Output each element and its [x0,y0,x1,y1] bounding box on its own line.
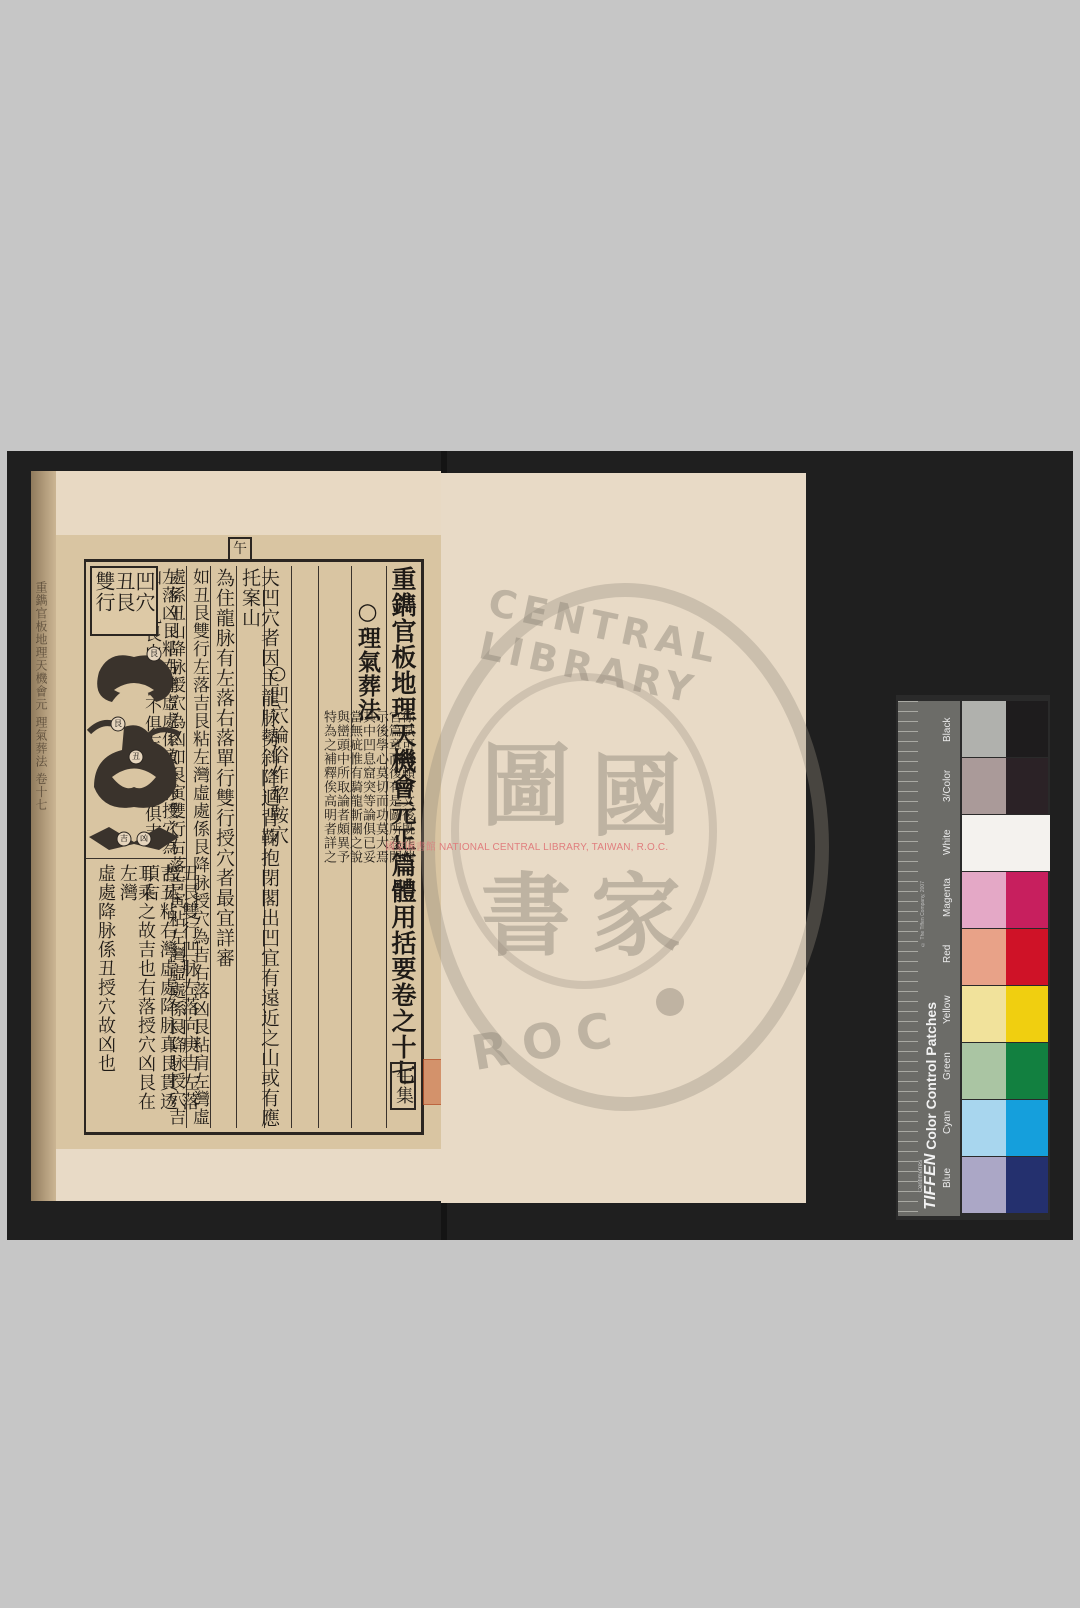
patch-label-cyan: Cyan [942,1097,962,1147]
patch-label-yellow: Yellow [942,985,962,1035]
library-watermark: 國家圖書館 NATIONAL CENTRAL LIBRARY, TAIWAN, … [385,838,668,853]
stamp-glyph: 圖 [481,713,571,843]
column-rule [236,566,237,1128]
patch-label-3color: 3/Color [942,761,962,811]
diagram-mark: 丑 [132,751,140,762]
patch-blue-dark [1006,1157,1048,1213]
diagram-label: 凹穴丑艮雙行 [90,566,158,636]
woodblock-print-area: 午 重鐫官板地理天機會元正篇體用括要卷之十七 ○理氣葬法 徐試可曰賴公文後既作催… [56,535,441,1149]
left-page: 重鐫官板地理天機會元 理氣葬法 卷十七 午 重鐫官板地理天機會元正篇體用括要卷之… [31,471,441,1201]
hill-shapes-icon [84,632,184,857]
patch-red-light [962,929,1006,985]
diagram-mark: 吉 [120,833,128,844]
chart-title: TIFFEN Color Control Patches [922,1002,940,1210]
ruler-ticks [898,701,918,1216]
patch-magenta-light [962,872,1006,928]
stamp-flower-icon [656,988,684,1016]
watermark-chinese: 國家圖書館 [385,842,436,853]
stamp-glyph: 書 [481,843,571,973]
chart-brand: TIFFEN [922,1154,939,1210]
stamp-glyph: 國 [591,723,681,853]
body-column: 耳乘之故吉也右落授穴凶艮在左灣 [118,864,154,1124]
patch-cyan-light [962,1100,1006,1156]
column-rule [210,566,211,1128]
patch-cyan-dark [1006,1100,1048,1156]
patch-label-green: Green [942,1041,962,1091]
patch-black-light [962,701,1006,757]
fish-tail-mark: 午 [228,537,252,561]
patch-label-blue: Blue [942,1153,962,1203]
geomancy-diagram: 艮 艮 丑 吉 凶 [84,632,184,862]
book-spine: 重鐫官板地理天機會元 理氣葬法 卷十七 [31,471,56,1201]
watermark-english: NATIONAL CENTRAL LIBRARY, TAIWAN, R.O.C. [439,842,668,853]
column-rule [291,566,292,1128]
patch-yellow-light [962,986,1006,1042]
patch-3color-light [962,758,1006,814]
column-rule [318,566,319,1128]
chart-copyright: © The Tiffen Company, 2007 [920,881,926,947]
patch-3color-dark [1006,758,1048,814]
patch-yellow-dark [1006,986,1048,1042]
bottom-margin [56,1149,441,1201]
top-margin [56,471,441,535]
patch-labels: Black 3/Color White Magenta Red Yellow G… [942,701,962,1216]
diagram-mark: 艮 [114,718,122,729]
diagram-mark: 艮 [150,648,158,659]
patch-white-light [962,815,1006,871]
patch-black-dark [1006,701,1048,757]
patch-white-dark [1006,815,1050,871]
patch-red-dark [1006,929,1048,985]
section-heading: ○理氣葬法 [356,598,379,722]
body-column: 虛處降脉係丑授穴故凶也 [96,864,114,1124]
patch-green-light [962,1043,1006,1099]
patch-magenta-dark [1006,872,1048,928]
diagram-mark: 凶 [140,833,148,844]
patch-label-red: Red [942,929,962,979]
patch-green-dark [1006,1043,1048,1099]
spine-text: 重鐫官板地理天機會元 理氣葬法 卷十七 [35,581,47,812]
patch-label-magenta: Magenta [942,873,962,923]
color-control-chart: Centimetres © The Tiffen Company, 2007 T… [896,695,1050,1220]
patch-blue-light [962,1157,1006,1213]
body-column: 夫凹穴者因主龍脉勢斜降迴背鞠抱閉閣出凹宜有遠近之山或有應托案山 [240,568,278,1128]
body-column: 為住龍脉有左落右落單行雙行授穴者最宜詳審 [214,568,233,1128]
patch-label-white: White [942,817,962,867]
chart-title-text: Color Control Patches [923,1002,939,1150]
page-border-frame: 重鐫官板地理天機會元正篇體用括要卷之十七 ○理氣葬法 徐試可曰賴公文後既作催官篇… [84,559,424,1135]
stamp-glyph: 家 [591,843,681,973]
folio-mark: 午集 [390,1062,416,1110]
patch-label-black: Black [942,705,962,755]
